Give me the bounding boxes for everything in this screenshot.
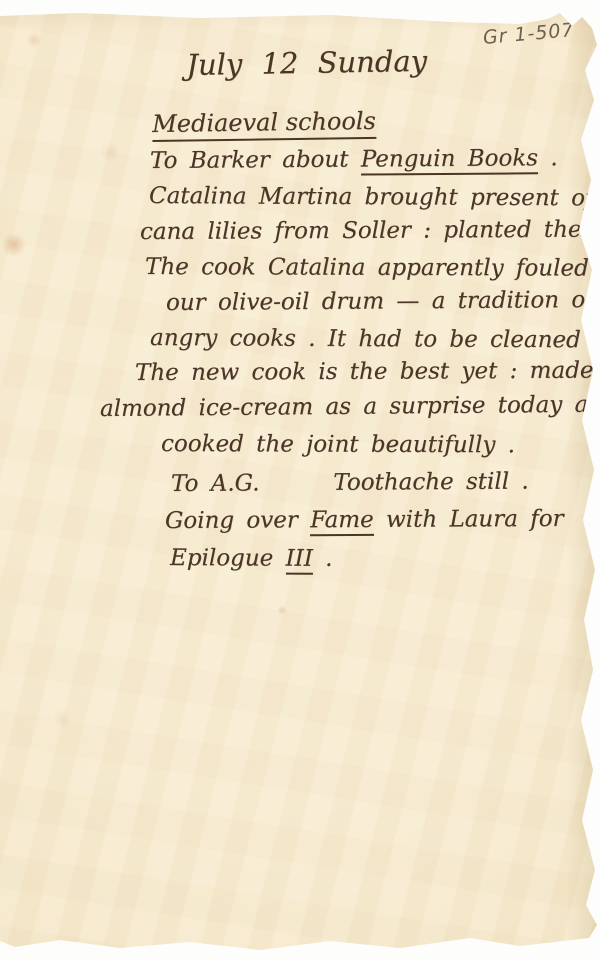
manuscript-line: The cook Catalina apparently fouled (145, 254, 600, 291)
scan-background: Gr 1-507 July 12 Sunday Mediaeval school… (0, 0, 600, 960)
manuscript-line: Catalina Martina brought present of (149, 183, 600, 221)
entry-heading-text: Mediaeval schools (152, 107, 376, 142)
manuscript-line: almond ice-cream as a surprise today and (100, 391, 600, 431)
manuscript-line: To A.G. Toothache still . (171, 468, 600, 506)
manuscript-line: cooked the joint beautifully . (161, 431, 600, 468)
date-line: July 12 Sunday (186, 44, 427, 82)
manuscript-line: To Barker about Penguin Books . (150, 145, 600, 184)
handwritten-text: Epilogue (170, 545, 286, 572)
manuscript-line: Going over Fame with Laura for (165, 506, 600, 544)
handwritten-text: Catalina Martina brought present of (149, 183, 594, 211)
archival-mark: Gr 1-507 (482, 19, 575, 49)
manuscript-line: Epilogue III . (170, 545, 600, 583)
handwritten-text: . (313, 546, 333, 572)
handwritten-text: angry cooks . It had to be cleaned out ; (150, 325, 600, 354)
manuscript-line: our olive-oil drum — a tradition of (166, 287, 600, 325)
handwritten-text: our olive-oil drum — a tradition of (166, 287, 594, 316)
handwritten-text: almond ice-cream as a surprise today and (100, 391, 600, 422)
manuscript-line: The new cook is the best yet : made us (135, 358, 600, 396)
manuscript-line: cana lilies from Soller : planted them . (140, 216, 600, 254)
entry-heading: Mediaeval schools (152, 107, 376, 138)
underlined-text: Fame (310, 507, 374, 536)
manuscript-paper: Gr 1-507 July 12 Sunday Mediaeval school… (0, 0, 600, 960)
handwritten-text: cana lilies from Soller : planted them . (140, 216, 600, 245)
manuscript-lines: To Barker about Penguin Books .Catalina … (0, 148, 600, 581)
handwritten-text: Going over (165, 507, 310, 534)
handwritten-text: The cook Catalina apparently fouled (145, 254, 589, 282)
underlined-text: Penguin Books (361, 145, 538, 175)
underlined-text: III (285, 546, 312, 575)
handwritten-text: with Laura for (374, 506, 564, 533)
handwritten-text: To Barker about (150, 147, 361, 174)
handwritten-text: To A.G. Toothache still . (171, 468, 529, 496)
handwritten-text: . (538, 145, 558, 171)
handwritten-text: cooked the joint beautifully . (161, 431, 515, 458)
handwritten-text: The new cook is the best yet : made us (135, 358, 600, 387)
